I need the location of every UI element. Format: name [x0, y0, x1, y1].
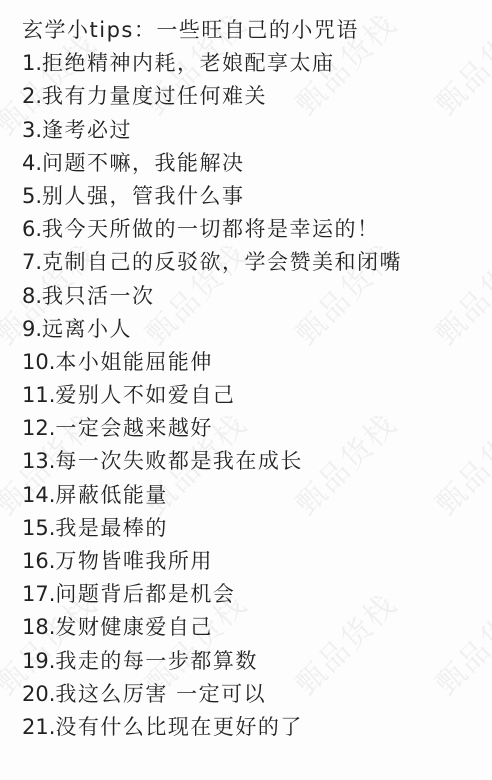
list-item: 2.我有力量度过任何难关 [22, 80, 482, 113]
list-item: 19.我走的每一步都算数 [22, 645, 482, 678]
list-item: 21.没有什么比现在更好的了 [22, 711, 482, 744]
list-item: 15.我是最棒的 [22, 512, 482, 545]
list-item: 20.我这么厉害 一定可以 [22, 678, 482, 711]
list-item: 14.屏蔽低能量 [22, 479, 482, 512]
list-item: 1.拒绝精神内耗，老娘配享太庙 [22, 47, 482, 80]
list-item: 16.万物皆唯我所用 [22, 545, 482, 578]
list-item: 17.问题背后都是机会 [22, 578, 482, 611]
list-item: 3.逢考必过 [22, 114, 482, 147]
page-title: 玄学小tips：一些旺自己的小咒语 [22, 14, 482, 47]
list-item: 6.我今天所做的一切都将是幸运的！ [22, 213, 482, 246]
list-item: 12.一定会越来越好 [22, 412, 482, 445]
spell-list: 玄学小tips：一些旺自己的小咒语 1.拒绝精神内耗，老娘配享太庙 2.我有力量… [22, 14, 482, 744]
list-item: 5.别人强，管我什么事 [22, 180, 482, 213]
list-item: 9.远离小人 [22, 313, 482, 346]
list-item: 10.本小姐能屈能伸 [22, 346, 482, 379]
list-item: 7.克制自己的反驳欲，学会赞美和闭嘴 [22, 246, 482, 279]
list-item: 4.问题不嘛，我能解决 [22, 147, 482, 180]
list-item: 13.每一次失败都是我在成长 [22, 445, 482, 478]
list-item: 18.发财健康爱自己 [22, 611, 482, 644]
list-item: 11.爱别人不如爱自己 [22, 379, 482, 412]
list-item: 8.我只活一次 [22, 280, 482, 313]
